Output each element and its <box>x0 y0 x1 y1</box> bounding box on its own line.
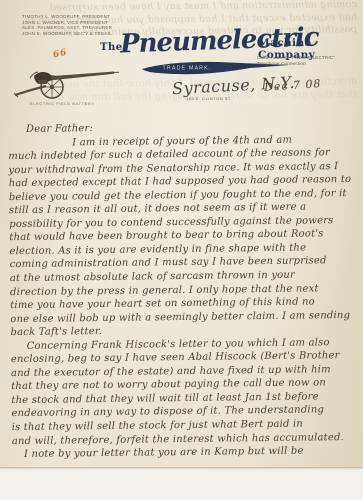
field-gun-icon <box>12 64 120 102</box>
letter-paper: coming administration and I must say I h… <box>0 0 363 468</box>
handwritten-date: Dec 7 08 <box>264 77 322 94</box>
scanned-letter: coming administration and I must say I h… <box>0 0 363 500</box>
logo-machine: Machine <box>258 37 312 49</box>
telephone-line: Telephone Connection <box>257 61 353 67</box>
trade-mark-label: TRADE MARK. <box>163 66 212 72</box>
street-address: 185 E. CLINTON ST. <box>186 96 232 101</box>
illustration-caption: ELECTRIC FIELD BATTERY <box>30 101 95 106</box>
cable-address: Cable Address "PNEUMELECTRIC" Telephone … <box>257 55 353 67</box>
letterhead: Timothy L. Woodruff, President John L. W… <box>0 0 363 120</box>
letter-line: I note by your letter that you are in Ka… <box>12 444 362 462</box>
officer-line: Timothy L. Woodruff, President <box>22 14 112 20</box>
letter-body: Dear Father: I am in receipt of yours of… <box>8 119 362 462</box>
ink-mark: 66 <box>52 48 68 61</box>
dateline: Syracuse, N.Y. 185 E. CLINTON ST. Dec 7 … <box>172 76 357 106</box>
